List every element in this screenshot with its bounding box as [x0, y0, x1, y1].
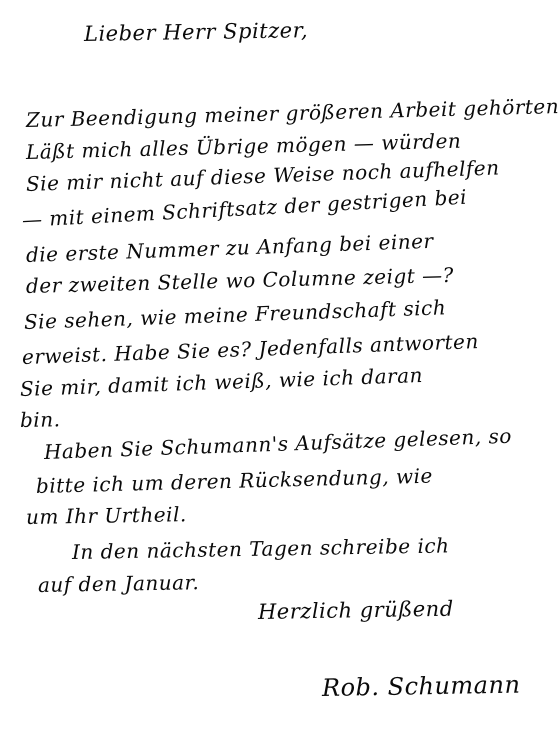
body-line-15: auf den Januar.: [38, 570, 200, 597]
body-line-9: Sie mir, damit ich weiß, wie ich daran: [20, 363, 424, 401]
letter-page: Lieber Herr Spitzer, Zur Beendigung mein…: [0, 0, 559, 742]
body-line-1: Zur Beendigung meiner größeren Arbeit ge…: [26, 94, 559, 132]
body-line-14: In den nächsten Tagen schreibe ich: [72, 533, 450, 564]
closing: Herzlich grüßend: [258, 597, 454, 624]
body-line-11: Haben Sie Schumann's Aufsätze gelesen, s…: [44, 424, 513, 464]
body-line-5: die erste Nummer zu Anfang bei einer: [26, 229, 434, 267]
signature: Rob. Schumann: [322, 671, 521, 702]
body-line-7: Sie sehen, wie meine Freundschaft sich: [24, 295, 447, 334]
body-line-10: bin.: [20, 407, 61, 432]
salutation: Lieber Herr Spitzer,: [84, 18, 308, 46]
body-line-13: um Ihr Urtheil.: [26, 502, 187, 529]
body-line-6: der zweiten Stelle wo Columne zeigt —?: [26, 263, 454, 298]
body-line-12: bitte ich um deren Rücksendung, wie: [36, 464, 433, 498]
